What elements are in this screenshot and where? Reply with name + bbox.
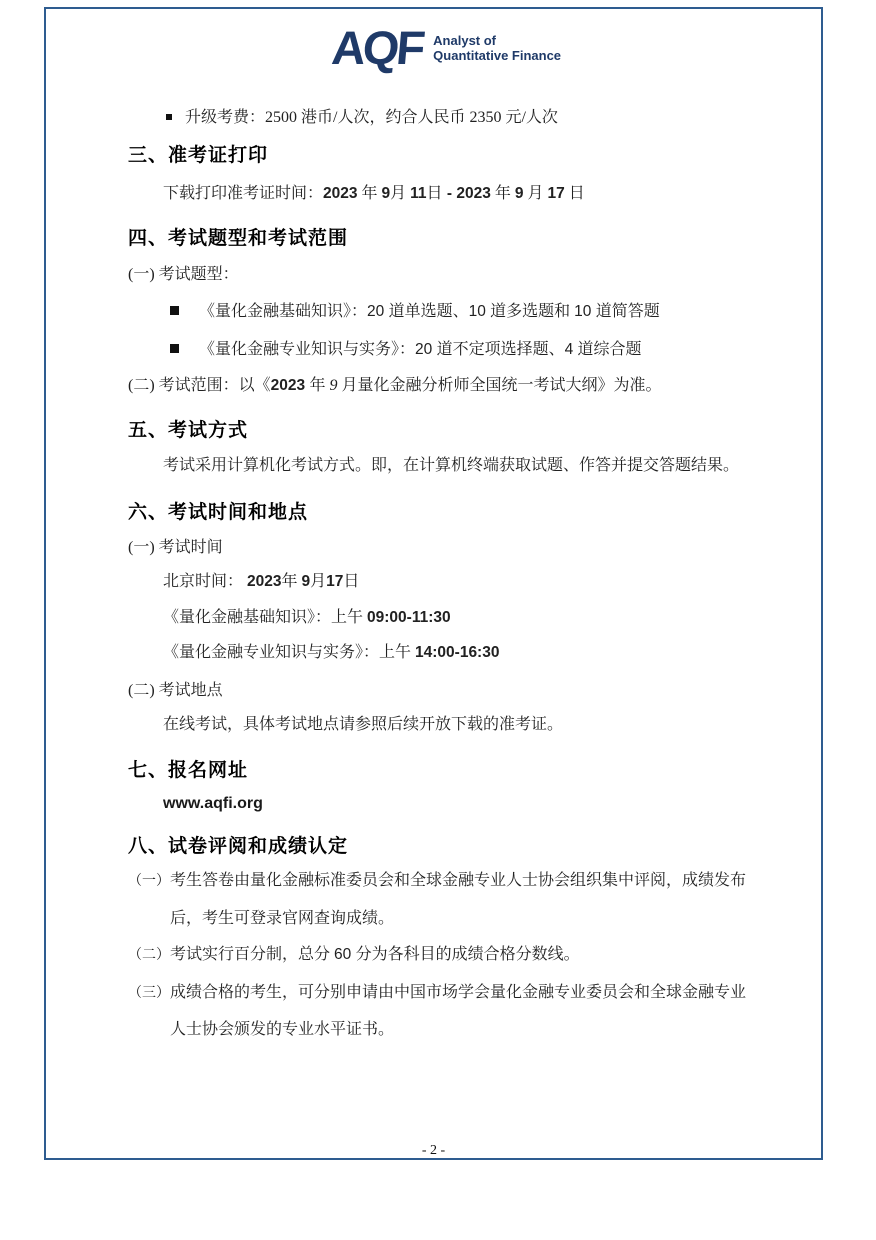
grading-rules-list: （一）考生答卷由量化金融标准委员会和全球金融专业人士协会组织集中评阅，成绩发布 … <box>128 863 765 1049</box>
subject1-question-types-item: 《量化金融基础知识》：20 道单选题、10 道多选题和 10 道简答题 <box>128 301 765 323</box>
page-border-frame: AQF Analyst of Quantitative Finance 升级考费… <box>44 7 823 1160</box>
exam-method-paragraph: 考试采用计算机化考试方式。即，在计算机终端获取试题、作答并提交答题结果。 <box>163 455 765 477</box>
upgrade-fee-text: 升级考费：2500 港币/人次，约合人民币 2350 元/人次 <box>185 109 558 126</box>
list-item: （一）考生答卷由量化金融标准委员会和全球金融专业人士协会组织集中评阅，成绩发布 … <box>128 863 765 937</box>
upgrade-fee-bullet-item: 升级考费：2500 港币/人次，约合人民币 2350 元/人次 <box>128 107 765 129</box>
grading-item1-line2: 后，考生可登录官网查询成绩。 <box>170 901 765 938</box>
list-item-marker: （一） <box>128 864 170 901</box>
subject2-exam-time-line: 《量化金融专业知识与实务》：上午 14:00-16:30 <box>163 642 765 664</box>
bullet-square-icon <box>170 344 179 353</box>
aqf-logo-tagline: Analyst of Quantitative Finance <box>433 33 561 63</box>
subject2-question-types-text: 《量化金融专业知识与实务》：20 道不定项选择题、4 道综合题 <box>199 341 642 358</box>
page-content: AQF Analyst of Quantitative Finance 升级考费… <box>46 25 821 1174</box>
beijing-time-line: 北京时间： 2023年 9月17日 <box>163 571 765 593</box>
list-item-marker: （三） <box>128 976 170 1013</box>
list-item-marker: （二） <box>128 938 170 975</box>
list-item: （三）成绩合格的考生，可分别申请由中国市场学会量化金融专业委员会和全球金融专业 … <box>128 975 765 1049</box>
exam-question-types-label: (一) 考试题型： <box>128 264 765 286</box>
subject1-exam-time-line: 《量化金融基础知识》：上午 09:00-11:30 <box>163 607 765 629</box>
aqf-logo-acronym: AQF <box>330 26 424 70</box>
aqf-logo-tagline-line2: Quantitative Finance <box>433 48 561 63</box>
grading-item3-line2: 人士协会颁发的专业水平证书。 <box>170 1012 765 1049</box>
exam-location-paragraph: 在线考试，具体考试地点请参照后续开放下载的准考证。 <box>163 714 765 736</box>
section-5-heading: 五、考试方式 <box>128 419 765 443</box>
subject2-question-types-item: 《量化金融专业知识与实务》：20 道不定项选择题、4 道综合题 <box>128 339 765 361</box>
subject1-question-types-text: 《量化金融基础知识》：20 道单选题、10 道多选题和 10 道简答题 <box>199 303 660 320</box>
admission-ticket-print-time: 下载打印准考证时间：2023 年 9月 11日 - 2023 年 9 月 17 … <box>163 183 765 205</box>
bullet-square-icon <box>170 306 179 315</box>
section-6-heading: 六、考试时间和地点 <box>128 501 765 525</box>
exam-scope-line: (二) 考试范围：以《2023 年 9 月量化金融分析师全国统一考试大纲》为准。 <box>128 375 765 397</box>
bullet-square-icon <box>166 114 172 120</box>
exam-time-label: (一) 考试时间 <box>128 537 765 559</box>
section-7-heading: 七、报名网址 <box>128 759 765 783</box>
section-8-heading: 八、试卷评阅和成绩认定 <box>128 835 765 859</box>
section-3-heading: 三、准考证打印 <box>128 144 765 168</box>
grading-item3-line1: 成绩合格的考生，可分别申请由中国市场学会量化金融专业委员会和全球金融专业 <box>170 984 746 1001</box>
registration-website-url: www.aqfi.org <box>163 794 765 814</box>
exam-location-label: (二) 考试地点 <box>128 680 765 702</box>
aqf-logo: AQF Analyst of Quantitative Finance <box>128 25 765 71</box>
page-number: - 2 - <box>46 1142 821 1160</box>
grading-item2-line1: 考试实行百分制，总分 60 分为各科目的成绩合格分数线。 <box>170 946 580 963</box>
grading-item1-line1: 考生答卷由量化金融标准委员会和全球金融专业人士协会组织集中评阅，成绩发布 <box>170 872 746 889</box>
aqf-logo-tagline-line1: Analyst of <box>433 33 561 48</box>
list-item: （二）考试实行百分制，总分 60 分为各科目的成绩合格分数线。 <box>128 937 765 975</box>
section-4-heading: 四、考试题型和考试范围 <box>128 227 765 251</box>
